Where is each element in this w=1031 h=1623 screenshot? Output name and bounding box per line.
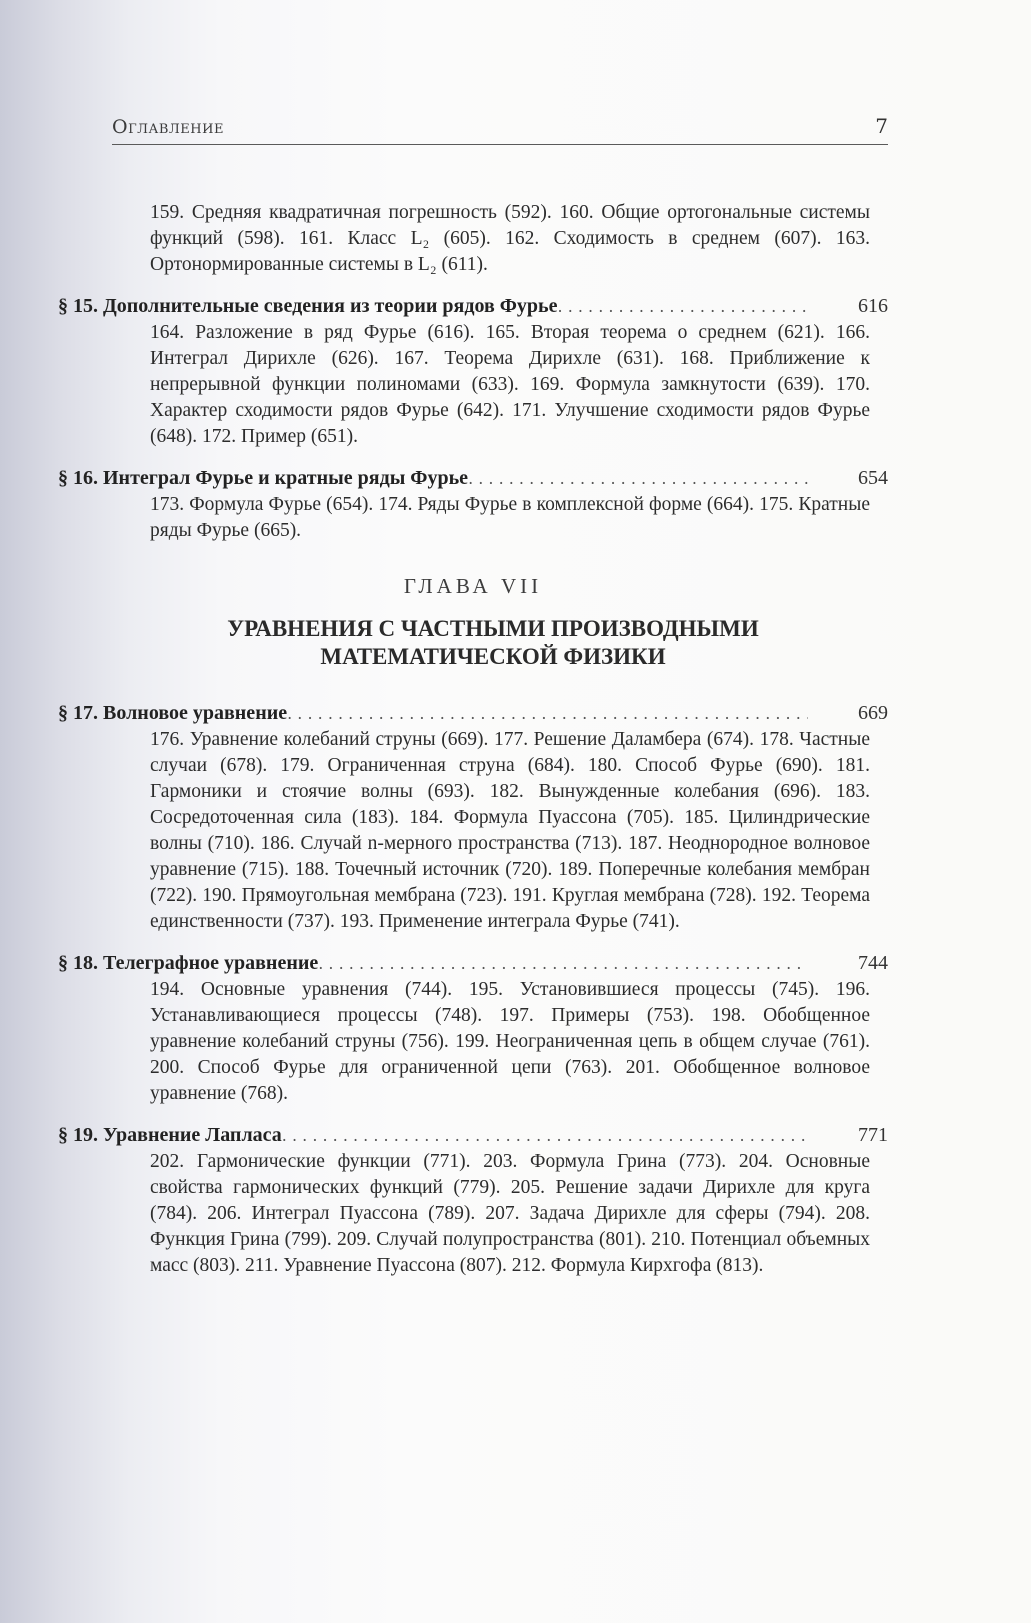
section-body: 173. Формула Фурье (654). 174. Ряды Фурь… — [58, 492, 870, 544]
section-page-number: 654 — [848, 464, 888, 492]
section-title: § 15. Дополнительные сведения из теории … — [58, 292, 558, 320]
chapter-title-line-1: УРАВНЕНИЯ С ЧАСТНЫМИ ПРОИЗВОДНЫМИ — [98, 615, 888, 643]
chapter-title: УРАВНЕНИЯ С ЧАСТНЫМИ ПРОИЗВОДНЫМИ МАТЕМА… — [58, 615, 888, 671]
section-page-number: 771 — [848, 1121, 888, 1149]
chapter-heading: ГЛАВА VII УРАВНЕНИЯ С ЧАСТНЫМИ ПРОИЗВОДН… — [58, 574, 888, 671]
toc-section-17: § 17. Волновое уравнение 669 176. Уравне… — [58, 699, 888, 935]
section-body: 176. Уравнение колебаний струны (669). 1… — [58, 727, 870, 935]
section-title: § 18. Телеграфное уравнение — [58, 949, 318, 977]
dot-leader — [468, 465, 808, 493]
toc-section-15: § 15. Дополнительные сведения из теории … — [58, 292, 888, 450]
section-body: 194. Основные уравнения (744). 195. Уста… — [58, 977, 870, 1107]
section-heading: § 16. Интеграл Фурье и кратные ряды Фурь… — [58, 464, 888, 492]
continued-section-body: 159. Средняя квадратичная погрешность (5… — [58, 200, 870, 278]
dot-leader — [318, 950, 808, 978]
section-body: 202. Гармонические функции (771). 203. Ф… — [58, 1149, 870, 1279]
section-heading: § 17. Волновое уравнение 669 — [58, 699, 888, 727]
toc-section-16: § 16. Интеграл Фурье и кратные ряды Фурь… — [58, 464, 888, 544]
section-page-number: 616 — [848, 292, 888, 320]
chapter-title-line-2: МАТЕМАТИЧЕСКОЙ ФИЗИКИ — [98, 643, 888, 671]
dot-leader — [287, 700, 808, 728]
toc-section-19: § 19. Уравнение Лапласа 771 202. Гармони… — [58, 1121, 888, 1279]
running-title: Оглавление — [112, 116, 224, 138]
section-heading: § 19. Уравнение Лапласа 771 — [58, 1121, 888, 1149]
section-title: § 17. Волновое уравнение — [58, 699, 287, 727]
section-heading: § 15. Дополнительные сведения из теории … — [58, 292, 888, 320]
table-of-contents: 159. Средняя квадратичная погрешность (5… — [58, 200, 888, 1279]
section-title: § 19. Уравнение Лапласа — [58, 1121, 282, 1149]
page-number: 7 — [875, 114, 888, 138]
running-head: Оглавление 7 — [112, 114, 888, 145]
dot-leader — [558, 293, 808, 321]
dot-leader — [282, 1122, 808, 1150]
section-heading: § 18. Телеграфное уравнение 744 — [58, 949, 888, 977]
section-page-number: 744 — [848, 949, 888, 977]
section-page-number: 669 — [848, 699, 888, 727]
toc-section-18: § 18. Телеграфное уравнение 744 194. Осн… — [58, 949, 888, 1107]
chapter-label: ГЛАВА VII — [58, 574, 888, 599]
section-title: § 16. Интеграл Фурье и кратные ряды Фурь… — [58, 464, 468, 492]
section-body: 164. Разложение в ряд Фурье (616). 165. … — [58, 320, 870, 450]
